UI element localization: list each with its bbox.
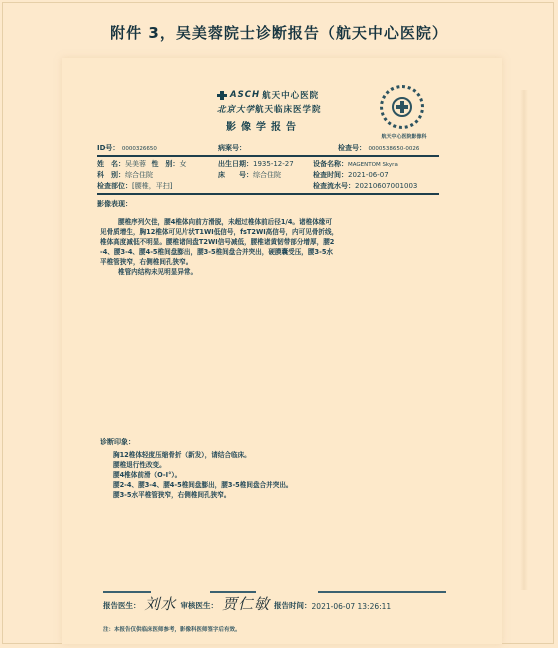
impression-text: 胸12椎体轻度压缩骨折（新发），请结合临床。 腰椎退行性改变。 腰4椎体前滑（O… [113,450,443,500]
exam-part-value: [腰椎，平扫] [132,182,172,190]
device-field: 设备名称：MAGENTOM Skyra [313,159,398,169]
impression-line: 胸12椎体轻度压缩骨折（新发），请结合临床。 [113,450,443,460]
signature-row: 报告医生： 刘水 审核医生： 贾仁敏 报告时间： 2021-06-07 13:2… [103,597,391,611]
patient-name-field: 姓 名：吴美蓉 性 别：女 [97,159,186,169]
department-value: 综合住院 [125,171,153,179]
serial-label: 检查流水号： [313,182,355,190]
exam-number-field: 检查号： 0000538650-0026 [338,143,419,153]
hospital-header: ASCH 航天中心医院 北京大学航天临床医学院 [217,89,377,115]
attachment-title: 附件 3，吴美蓉院士诊断报告（航天中心医院） [0,22,558,43]
hospital-seal-icon [380,85,424,129]
hospital-cross-icon [217,91,228,100]
seal-caption: 航天中心医院影像科 [378,133,430,140]
reviewer-signature: 贾仁敏 [222,597,270,611]
department-label: 科 别： [97,171,125,179]
exam-time-label: 检查时间： [313,171,348,179]
report-footnote: 注：本报告仅供临床医师参考，影像科医师签字后有效。 [103,625,241,633]
serial-field: 检查流水号：20210607001003 [313,181,417,191]
hospital-name: 航天中心医院 [262,89,319,101]
dob-value: 1935-12-27 [253,160,294,168]
dob-field: 出生日期：1935-12-27 [218,159,294,169]
serial-value: 20210607001003 [355,182,417,190]
case-number-label: 病案号： [218,144,246,152]
findings-line: 平椎管狭窄，右侧椎间孔狭窄。 [100,257,440,267]
id-value: 0000326650 [122,146,157,152]
findings-text: 腰椎序列欠佳，腰4椎体向前方滑脱，未超过椎体前后径1/4。诸椎体缘可 见骨质增生… [100,217,440,277]
impression-label: 诊断印象： [100,437,135,447]
device-value: MAGENTOM Skyra [348,162,398,168]
hospital-name-line1: ASCH 航天中心医院 [217,89,377,101]
bed-value: 综合住院 [253,171,281,179]
signature-line [103,591,151,593]
signature-line [318,591,446,593]
sex-value: 女 [179,160,186,168]
impression-line: 腰椎退行性改变。 [113,460,443,470]
paper-fold-shadow [520,90,528,590]
report-title: 影像学报告 [226,118,301,133]
case-number-field: 病案号： [218,143,246,153]
hospital-logo-text: ASCH [230,90,260,100]
hospital-name-line2: 北京大学航天临床医学院 [217,103,377,115]
findings-line: 椎体高度减低不明显。腰椎诸间盘T2WI信号减低，腰椎诸黄韧带部分增厚，腰2 [100,237,440,247]
bed-label: 床 号： [218,171,253,179]
exam-number-value: 0000538650-0026 [368,146,419,152]
id-field: ID号： 0000326650 [97,143,157,153]
signature-line [210,591,256,593]
bed-field: 床 号：综合住院 [218,170,281,180]
findings-line: 椎管内结构未见明显异常。 [100,267,440,277]
findings-line: 见骨质增生，胸12椎体可见片状T1WI低信号，fsT2WI高信号，内可见骨折线， [100,227,440,237]
findings-line: 腰椎序列欠佳，腰4椎体向前方滑脱，未超过椎体前后径1/4。诸椎体缘可 [100,217,440,227]
patient-name-label: 姓 名： [97,160,125,168]
dob-label: 出生日期： [218,160,253,168]
exam-time-value: 2021-06-07 [348,171,389,179]
report-time-label: 报告时间： [274,600,312,611]
impression-line: 腰3-5水平椎管狭窄，右侧椎间孔狭窄。 [113,490,443,500]
seal-cross-icon [392,97,412,117]
id-label: ID号： [97,144,119,152]
university-name: 北京大学 [217,105,255,115]
findings-line: -4、腰3-4、腰4-5椎间盘膨出，腰3-5椎间盘合并突出，硬膜囊受压，腰3-5… [100,247,440,257]
header-divider [97,155,439,157]
reporter-label: 报告医生： [103,600,141,611]
report-time-value: 2021-06-07 13:26:11 [312,602,392,611]
sex-label: 性 别： [151,160,179,168]
reporter-signature: 刘水 [145,597,177,611]
exam-part-field: 检查部位：[腰椎，平扫] [97,181,172,191]
device-label: 设备名称： [313,160,348,168]
clinical-college-name: 航天临床医学院 [255,105,322,115]
impression-line: 腰4椎体前滑（O-I°）。 [113,470,443,480]
impression-line: 腰2-4、腰3-4、腰4-5椎间盘膨出，腰3-5椎间盘合并突出。 [113,480,443,490]
exam-time-field: 检查时间：2021-06-07 [313,170,389,180]
patient-name-value: 吴美蓉 [125,160,146,168]
exam-part-label: 检查部位： [97,182,132,190]
exam-number-label: 检查号： [338,144,366,152]
department-field: 科 别：综合住院 [97,170,153,180]
patient-divider [97,193,439,195]
reviewer-label: 审核医生： [181,600,219,611]
findings-label: 影像表现： [97,199,132,209]
